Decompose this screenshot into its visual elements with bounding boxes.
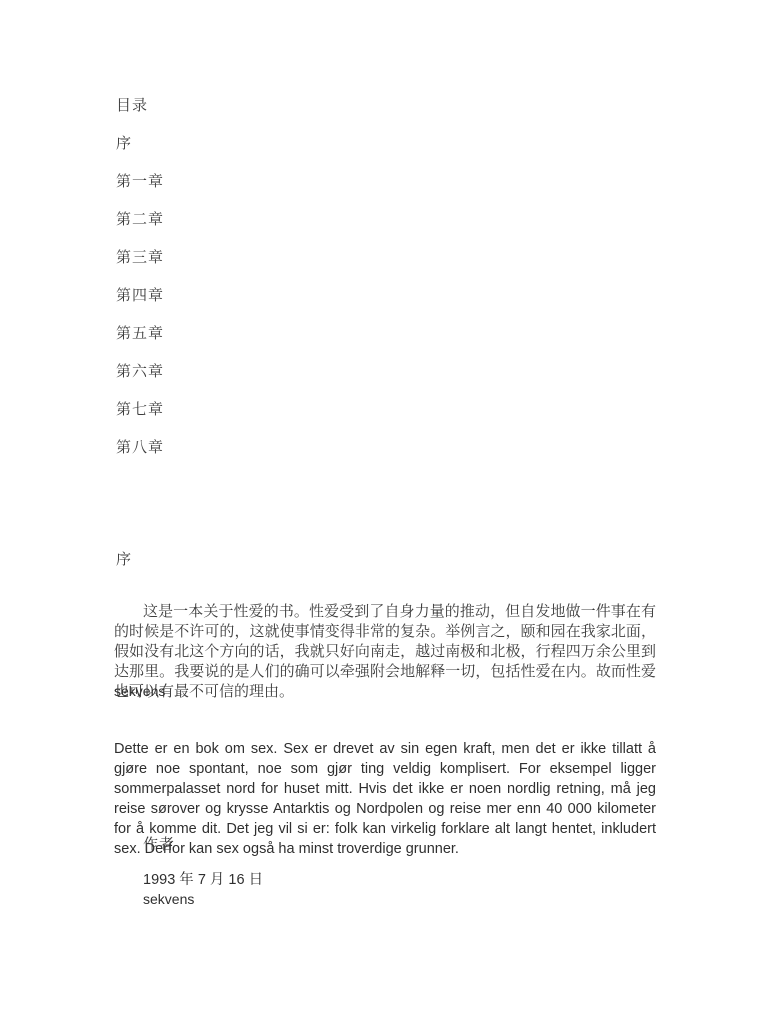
toc-item-chapter-8: 第八章 (116, 429, 164, 467)
toc-item-chapter-7: 第七章 (116, 391, 164, 429)
toc-item-chapter-5: 第五章 (116, 315, 164, 353)
toc-item-chapter-1: 第一章 (116, 163, 164, 201)
sequence-label-2: sekvens (143, 892, 194, 907)
author-label: 作者 (143, 837, 175, 854)
sequence-label-1: sekvens (114, 684, 165, 699)
preface-paragraph-chinese: 这是一本关于性爱的书。性爱受到了自身力量的推动，但自发地做一件事在有的时候是不许… (114, 602, 656, 702)
toc-item-chapter-6: 第六章 (116, 353, 164, 391)
toc-item-preface: 序 (116, 125, 164, 163)
toc-item-chapter-2: 第二章 (116, 201, 164, 239)
document-page: 目录 序 第一章 第二章 第三章 第四章 第五章 第六章 第七章 第八章 序 这… (0, 0, 768, 1024)
preface-heading: 序 (116, 552, 132, 569)
toc-title: 目录 (116, 87, 164, 125)
table-of-contents: 目录 序 第一章 第二章 第三章 第四章 第五章 第六章 第七章 第八章 (116, 87, 164, 467)
preface-paragraph-norwegian: Dette er en bok om sex. Sex er drevet av… (114, 739, 656, 859)
date-line: 1993 年 7 月 16 日 (143, 873, 263, 889)
toc-item-chapter-3: 第三章 (116, 239, 164, 277)
toc-item-chapter-4: 第四章 (116, 277, 164, 315)
